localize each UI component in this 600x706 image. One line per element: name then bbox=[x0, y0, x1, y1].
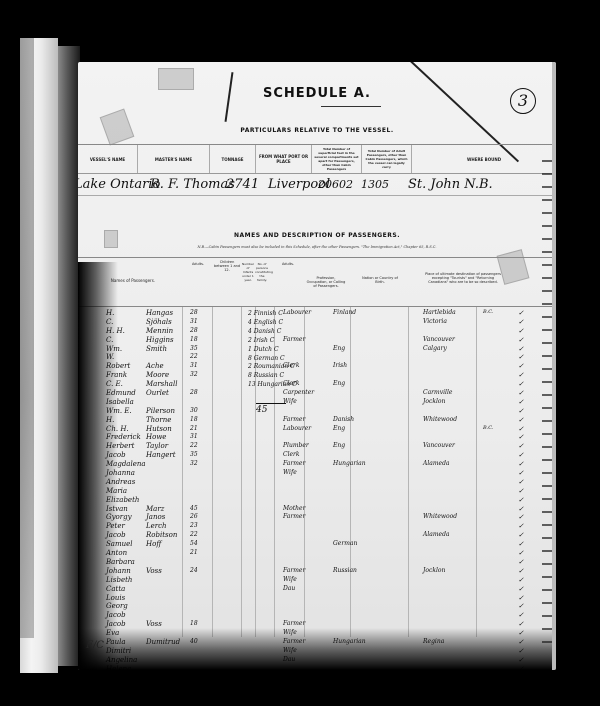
tally-entry: 8 German C bbox=[248, 355, 297, 364]
passenger-destination: Calgary bbox=[423, 345, 447, 352]
tonnage: 2741 bbox=[226, 177, 259, 192]
passenger-surname: Moore bbox=[146, 371, 169, 379]
passenger-check: ✓ bbox=[518, 594, 524, 602]
passenger-check: ✓ bbox=[518, 531, 524, 539]
passenger-check: ✓ bbox=[518, 567, 524, 575]
passenger-surname: Higgins bbox=[146, 336, 174, 344]
passenger-check: ✓ bbox=[518, 602, 524, 610]
page-right-edge bbox=[552, 62, 556, 670]
passenger-occupation: Mother bbox=[283, 505, 305, 512]
passenger-check: ✓ bbox=[518, 469, 524, 477]
passenger-occupation: Farmer bbox=[283, 620, 305, 627]
passenger-check: ✓ bbox=[518, 353, 524, 361]
passenger-check: ✓ bbox=[518, 496, 524, 504]
passenger-age: 28 bbox=[190, 327, 198, 334]
passenger-destination: Whitewood bbox=[423, 416, 457, 423]
passenger-age: 21 bbox=[190, 425, 198, 432]
passenger-age: 22 bbox=[190, 353, 198, 360]
passenger-check: ✓ bbox=[518, 389, 524, 397]
passenger-age: 31 bbox=[190, 362, 198, 369]
passenger-surname: Howe bbox=[146, 433, 166, 441]
master-name: R. F. Thomas bbox=[150, 177, 235, 192]
header-children: Children between 1 and 12. bbox=[213, 260, 241, 272]
scan-shadow-bottom bbox=[78, 628, 556, 670]
passenger-nationality: Danish bbox=[333, 416, 354, 423]
passenger-occupation: Dau bbox=[283, 585, 295, 592]
passenger-list: H.Hangas28LabourerFinlandHartlebidaB.C.✓… bbox=[78, 310, 556, 670]
passenger-check: ✓ bbox=[518, 478, 524, 486]
passenger-surname: Taylor bbox=[146, 442, 168, 450]
passenger-row: SamuelHoff54German✓ bbox=[78, 541, 556, 550]
tally-entry: 2 Irish C bbox=[248, 337, 297, 346]
passenger-check: ✓ bbox=[518, 522, 524, 530]
passenger-row: EdmundOurlet28CarpenterCarmville✓ bbox=[78, 390, 556, 399]
passenger-check: ✓ bbox=[518, 398, 524, 406]
tally-total: 45 bbox=[256, 403, 286, 415]
col-capacity: Total Number of Adult Passengers, other … bbox=[362, 145, 412, 173]
vessel-row: Lake Ontario R. F. Thomas 2741 Liverpool… bbox=[78, 174, 556, 196]
passenger-check: ✓ bbox=[518, 611, 524, 619]
header-adults-count: Adults. bbox=[274, 262, 302, 266]
passenger-row: Wm.Smith35EngCalgary✓ bbox=[78, 346, 556, 355]
col-master: MASTER'S NAME bbox=[138, 145, 210, 173]
passenger-destination: Alameda bbox=[423, 531, 450, 538]
passenger-surname: Janos bbox=[146, 513, 165, 521]
passenger-destination: Jocklon bbox=[423, 567, 445, 574]
capacity: 1305 bbox=[361, 178, 389, 191]
passenger-check: ✓ bbox=[518, 558, 524, 566]
passenger-destination: Hartlebida bbox=[423, 309, 456, 316]
passenger-check: ✓ bbox=[518, 442, 524, 450]
passenger-code: B.C. bbox=[483, 309, 494, 315]
passenger-age: 54 bbox=[190, 540, 198, 547]
passenger-occupation: Farmer bbox=[283, 416, 305, 423]
passenger-age: 45 bbox=[190, 505, 198, 512]
passenger-age: 35 bbox=[190, 451, 198, 458]
header-families: No. of persons constituting the family. bbox=[255, 262, 269, 282]
tally-entry: 4 Danish C bbox=[248, 328, 297, 337]
passenger-nationality: Eng bbox=[333, 345, 345, 352]
passenger-age: 28 bbox=[190, 389, 198, 396]
strip-shadow bbox=[20, 38, 34, 638]
col-bound: WHERE BOUND bbox=[412, 145, 556, 173]
nationality-tally: 2 Finnish C4 English C4 Danish C2 Irish … bbox=[248, 310, 297, 390]
passenger-occupation: Farmer bbox=[283, 567, 305, 574]
passenger-surname: Ourlet bbox=[146, 389, 169, 397]
passenger-destination: Vancouver bbox=[423, 442, 455, 449]
passenger-check: ✓ bbox=[518, 371, 524, 379]
passenger-surname: Sjöhals bbox=[146, 318, 172, 326]
passenger-surname: Lerch bbox=[146, 522, 167, 530]
passenger-occupation: Labourer bbox=[283, 425, 311, 432]
passenger-check: ✓ bbox=[518, 585, 524, 593]
passenger-occupation: Clerk bbox=[283, 451, 300, 458]
passenger-check: ✓ bbox=[518, 549, 524, 557]
passenger-check: ✓ bbox=[518, 345, 524, 353]
passenger-occupation: Farmer bbox=[283, 513, 305, 520]
header-occupation: Profession, Occupation, or Calling of Pa… bbox=[306, 276, 346, 288]
col-vessel-name: VESSEL'S NAME bbox=[78, 145, 138, 173]
passenger-surname: Marz bbox=[146, 505, 164, 513]
page-number: 3 bbox=[510, 88, 536, 114]
passenger-check: ✓ bbox=[518, 487, 524, 495]
passenger-age: 23 bbox=[190, 522, 198, 529]
passenger-header-row: Names of Passengers. Adults. Children be… bbox=[78, 257, 556, 307]
page-edge-shadow bbox=[58, 46, 80, 666]
passenger-row: Andreas✓ bbox=[78, 479, 556, 488]
passenger-surname: Hangas bbox=[146, 309, 173, 317]
manifest-page: SCHEDULE A. 3 PARTICULARS RELATIVE TO TH… bbox=[78, 62, 556, 670]
passenger-nationality: Eng bbox=[333, 442, 345, 449]
passenger-check: ✓ bbox=[518, 407, 524, 415]
passenger-row: Louis✓ bbox=[78, 595, 556, 604]
passenger-surname: Hangert bbox=[146, 451, 176, 459]
col-sq-feet: Total Number of superficial feet in the … bbox=[312, 145, 362, 173]
passenger-occupation: Wife bbox=[283, 576, 297, 583]
title-rule bbox=[321, 106, 381, 107]
passenger-age: 18 bbox=[190, 336, 198, 343]
passenger-age: 31 bbox=[190, 318, 198, 325]
passenger-age: 22 bbox=[190, 531, 198, 538]
passenger-nationality: Irish bbox=[333, 362, 347, 369]
passenger-age: 31 bbox=[190, 433, 198, 440]
passenger-check: ✓ bbox=[518, 620, 524, 628]
passenger-surname: Thorne bbox=[146, 416, 171, 424]
passenger-check: ✓ bbox=[518, 540, 524, 548]
schedule-title: SCHEDULE A. bbox=[78, 86, 556, 101]
passenger-row: LisbethWife✓ bbox=[78, 577, 556, 586]
tally-entry: 1 Dutch C bbox=[248, 346, 297, 355]
passenger-row: JohannVoss24FarmerRussianJocklon✓ bbox=[78, 568, 556, 577]
passenger-row: Georg✓ bbox=[78, 603, 556, 612]
passenger-age: 32 bbox=[190, 460, 198, 467]
tally-entry: 8 Russian C bbox=[248, 372, 297, 381]
footer-mark: F/C bbox=[86, 640, 104, 651]
passenger-check: ✓ bbox=[518, 576, 524, 584]
passenger-nationality: Eng bbox=[333, 380, 345, 387]
passenger-row: CattaDau✓ bbox=[78, 586, 556, 595]
passenger-destination: Alameda bbox=[423, 460, 450, 467]
passenger-check: ✓ bbox=[518, 362, 524, 370]
passenger-code: B.C. bbox=[483, 425, 494, 431]
passenger-nationality: Eng bbox=[333, 425, 345, 432]
passenger-check: ✓ bbox=[518, 460, 524, 468]
passenger-age: 28 bbox=[190, 309, 198, 316]
passengers-note: N.B.—Cabin Passengers must also be inclu… bbox=[78, 245, 556, 249]
passenger-destination: Victoria bbox=[423, 318, 447, 325]
passenger-destination: Carmville bbox=[423, 389, 452, 396]
passenger-age: 30 bbox=[190, 407, 198, 414]
passenger-row: JohannaWife✓ bbox=[78, 470, 556, 479]
passenger-check: ✓ bbox=[518, 336, 524, 344]
passenger-surname: Pilerson bbox=[146, 407, 175, 415]
passenger-check: ✓ bbox=[518, 451, 524, 459]
tally-entry: 4 English C bbox=[248, 319, 297, 328]
passenger-row: Maria✓ bbox=[78, 488, 556, 497]
passenger-check: ✓ bbox=[518, 318, 524, 326]
passenger-row: Magdalena32FarmerHungarianAlameda✓ bbox=[78, 461, 556, 470]
passenger-occupation: Plumber bbox=[283, 442, 309, 449]
passenger-nationality: Russian bbox=[333, 567, 357, 574]
header-destination: Place of ultimate destination of passeng… bbox=[423, 272, 503, 284]
passenger-surname: Ache bbox=[146, 362, 164, 370]
passenger-surname: Voss bbox=[146, 620, 162, 628]
passenger-age: 22 bbox=[190, 442, 198, 449]
passenger-nationality: Hungarian bbox=[333, 460, 366, 467]
header-nationality: Nation or Country of Birth. bbox=[360, 276, 400, 284]
passenger-row: JacobHangert35Clerk✓ bbox=[78, 452, 556, 461]
passengers-title: NAMES AND DESCRIPTION OF PASSENGERS. bbox=[78, 232, 556, 239]
passenger-surname: Marshall bbox=[146, 380, 177, 388]
passenger-occupation: Farmer bbox=[283, 460, 305, 467]
passenger-destination: Whitewood bbox=[423, 513, 457, 520]
passenger-age: 24 bbox=[190, 567, 198, 574]
bound: St. John N.B. bbox=[408, 177, 493, 192]
tally-entry: 13 Hungarian C bbox=[248, 381, 297, 390]
sq-feet: 20602 bbox=[318, 178, 353, 191]
passenger-destination: Jocklon bbox=[423, 398, 445, 405]
passenger-nationality: Finland bbox=[333, 309, 356, 316]
vessel-header-row: VESSEL'S NAME MASTER'S NAME TONNAGE FROM… bbox=[78, 144, 556, 174]
passenger-age: 35 bbox=[190, 345, 198, 352]
scan-shadow-left bbox=[78, 262, 118, 670]
passenger-check: ✓ bbox=[518, 416, 524, 424]
vessel-subtitle: PARTICULARS RELATIVE TO THE VESSEL. bbox=[78, 127, 556, 134]
passenger-age: 18 bbox=[190, 620, 198, 627]
header-infants: Number of Infants under 1 year. bbox=[241, 262, 255, 282]
passenger-nationality: German bbox=[333, 540, 357, 547]
passenger-age: 32 bbox=[190, 371, 198, 378]
passenger-destination: Vancouver bbox=[423, 336, 455, 343]
tally-entry: 2 Finnish C bbox=[248, 310, 297, 319]
col-port: FROM WHAT PORT OR PLACE bbox=[256, 145, 312, 173]
passenger-check: ✓ bbox=[518, 433, 524, 441]
passenger-check: ✓ bbox=[518, 309, 524, 317]
vessel-name: Lake Ontario bbox=[78, 177, 160, 192]
passenger-age: 21 bbox=[190, 549, 198, 556]
passenger-check: ✓ bbox=[518, 513, 524, 521]
passenger-check: ✓ bbox=[518, 505, 524, 513]
passenger-occupation: Wife bbox=[283, 469, 297, 476]
passenger-surname: Hutson bbox=[146, 425, 172, 433]
header-adults: Adults. bbox=[183, 262, 213, 266]
passenger-age: 18 bbox=[190, 416, 198, 423]
passenger-age: 26 bbox=[190, 513, 198, 520]
passenger-check: ✓ bbox=[518, 425, 524, 433]
passenger-surname: Mennin bbox=[146, 327, 173, 335]
passenger-surname: Voss bbox=[146, 567, 162, 575]
passenger-surname: Smith bbox=[146, 345, 167, 353]
passenger-surname: Hoff bbox=[146, 540, 161, 548]
passenger-row: Anton21✓ bbox=[78, 550, 556, 559]
passenger-surname: Robitson bbox=[146, 531, 177, 539]
passenger-check: ✓ bbox=[518, 327, 524, 335]
col-tonnage: TONNAGE bbox=[210, 145, 256, 173]
passenger-check: ✓ bbox=[518, 380, 524, 388]
tally-entry: 2 Roumanian C bbox=[248, 363, 297, 372]
